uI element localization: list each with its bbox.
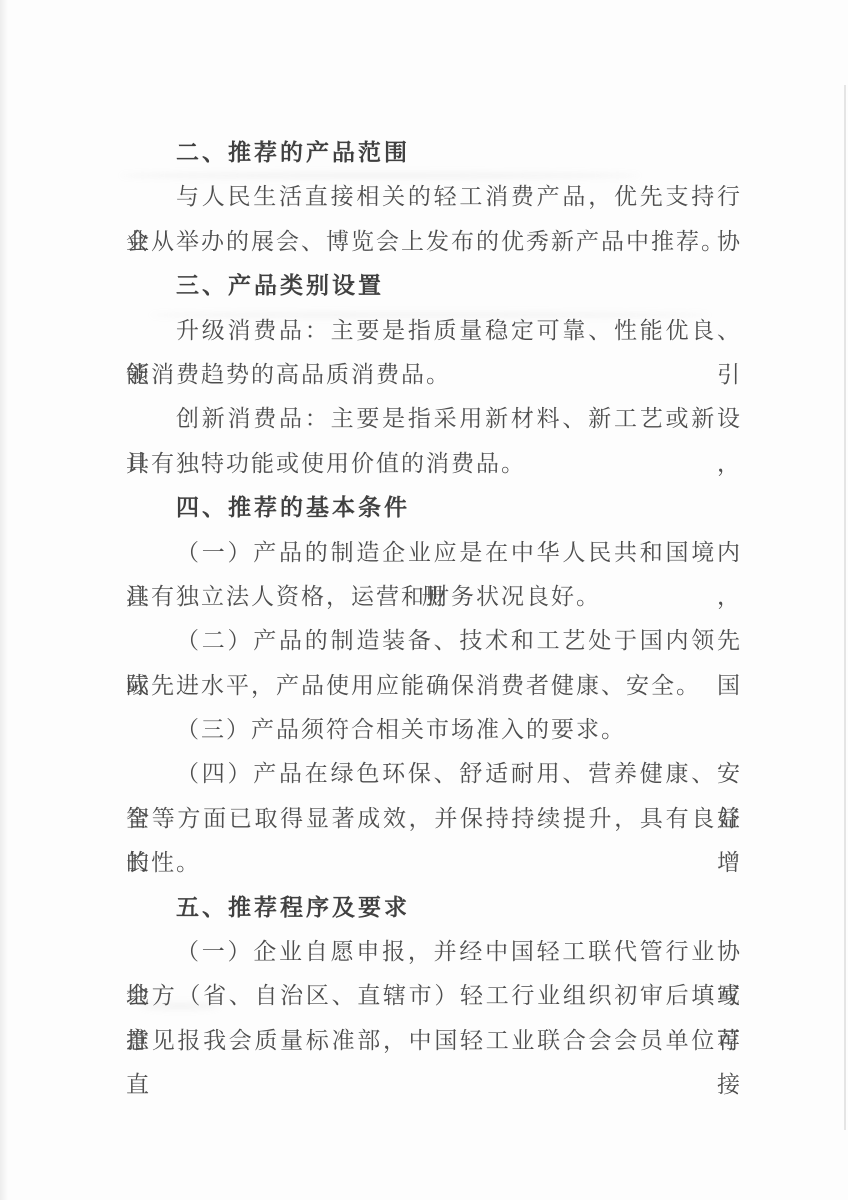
scan-right-edge-line <box>844 85 846 1130</box>
body-line: 与人民生活直接相关的轻工消费产品，优先支持行业协 <box>126 175 742 219</box>
body-line: （二）产品的制造装备、技术和工艺处于国内领先或国 <box>126 619 742 663</box>
body-line: （一）产品的制造企业应是在中华人民共和国境内注册， <box>126 531 742 575</box>
document-text-block: 二、推荐的产品范围 与人民生活直接相关的轻工消费产品，优先支持行业协 会从举办的… <box>126 131 742 1063</box>
scanned-document-page: 二、推荐的产品范围 与人民生活直接相关的轻工消费产品，优先支持行业协 会从举办的… <box>0 0 848 1200</box>
body-line: 升级消费品：主要是指质量稳定可靠、性能优良、能引 <box>126 309 742 353</box>
section-heading-3: 三、产品类别设置 <box>126 264 742 308</box>
body-line: 际先进水平，产品使用应能确保消费者健康、安全。 <box>126 664 742 708</box>
body-line: 智等方面已取得显著成效，并保持持续提升，具有良好的增 <box>126 797 742 841</box>
body-line: （四）产品在绿色环保、舒适耐用、营养健康、安全益 <box>126 752 742 796</box>
body-line: 会从举办的展会、博览会上发布的优秀新产品中推荐。 <box>126 220 742 264</box>
scan-left-edge-shading <box>0 0 8 1200</box>
body-line: 创新消费品：主要是指采用新材料、新工艺或新设计， <box>126 397 742 441</box>
body-line: 意见报我会质量标准部，中国轻工业联合会会员单位可直接 <box>126 1019 742 1063</box>
body-line: （三）产品须符合相关市场准入的要求。 <box>126 708 742 752</box>
section-heading-5: 五、推荐程序及要求 <box>126 886 742 930</box>
section-heading-4: 四、推荐的基本条件 <box>126 486 742 530</box>
body-line: 地方（省、自治区、直辖市）轻工行业组织初审后填写推荐 <box>126 974 742 1018</box>
section-heading-2: 二、推荐的产品范围 <box>126 131 742 175</box>
body-line: （一）企业自愿申报，并经中国轻工联代管行业协会或 <box>126 930 742 974</box>
